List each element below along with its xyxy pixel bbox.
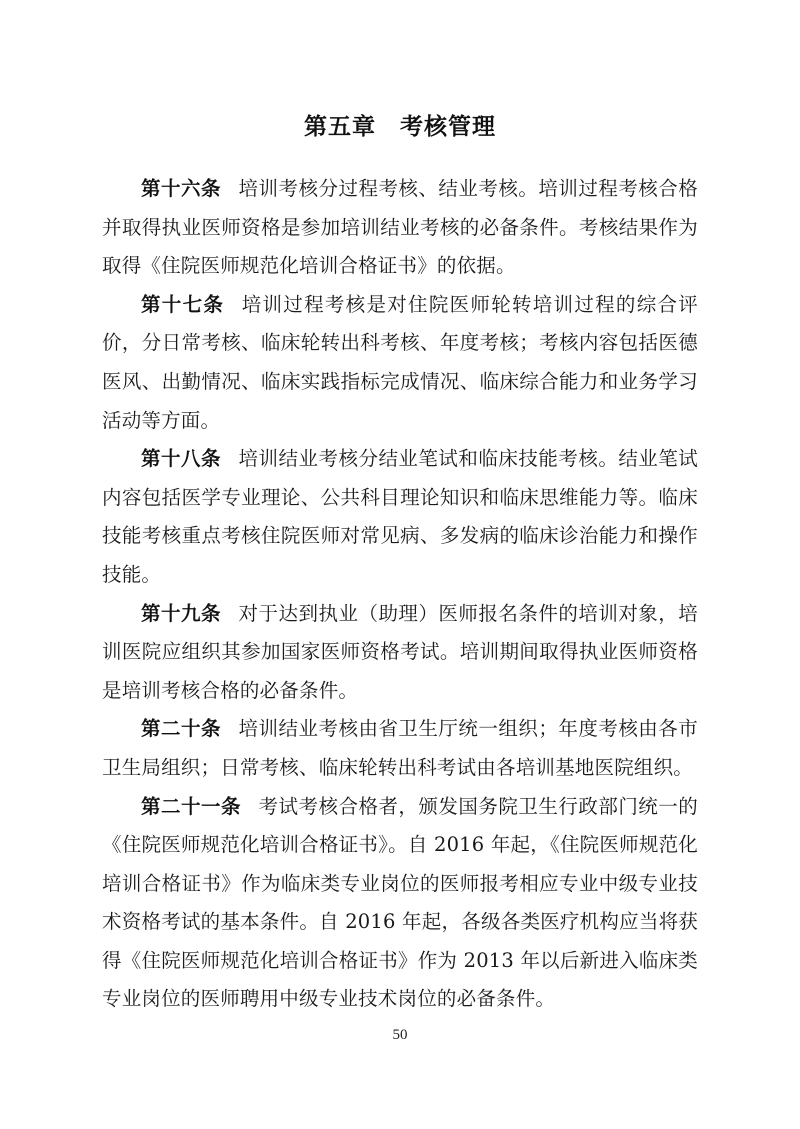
article-text: 考试考核合格者，颁发国务院卫生行政部门统一的《住院医师规范化培训合格证书》。自 … (102, 795, 698, 1011)
article-21: 第二十一条考试考核合格者，颁发国务院卫生行政部门统一的《住院医师规范化培训合格证… (102, 788, 698, 1020)
article-17: 第十七条培训过程考核是对住院医师轮转培训过程的综合评价，分日常考核、临床轮转出科… (102, 286, 698, 440)
article-label: 第二十条 (141, 717, 221, 740)
chapter-name: 考核管理 (400, 114, 496, 140)
article-18: 第十八条培训结业考核分结业笔试和临床技能考核。结业笔试内容包括医学专业理论、公共… (102, 440, 698, 594)
article-20: 第二十条培训结业考核由省卫生厅统一组织；年度考核由各市卫生局组织；日常考核、临床… (102, 710, 698, 787)
document-page: 第五章考核管理 第十六条培训考核分过程考核、结业考核。培训过程考核合格并取得执业… (0, 0, 800, 1129)
article-19: 第十九条对于达到执业（助理）医师报名条件的培训对象，培训医院应组织其参加国家医师… (102, 595, 698, 711)
article-label: 第二十一条 (141, 795, 241, 818)
page-number: 50 (0, 1027, 800, 1044)
article-16: 第十六条培训考核分过程考核、结业考核。培训过程考核合格并取得执业医师资格是参加培… (102, 170, 698, 286)
chapter-title: 第五章考核管理 (0, 108, 800, 141)
chapter-number: 第五章 (304, 114, 376, 140)
article-label: 第十八条 (141, 447, 221, 470)
article-label: 第十九条 (141, 602, 221, 625)
document-body: 第十六条培训考核分过程考核、结业考核。培训过程考核合格并取得执业医师资格是参加培… (102, 170, 698, 1019)
article-label: 第十七条 (141, 293, 224, 316)
article-label: 第十六条 (141, 177, 221, 200)
